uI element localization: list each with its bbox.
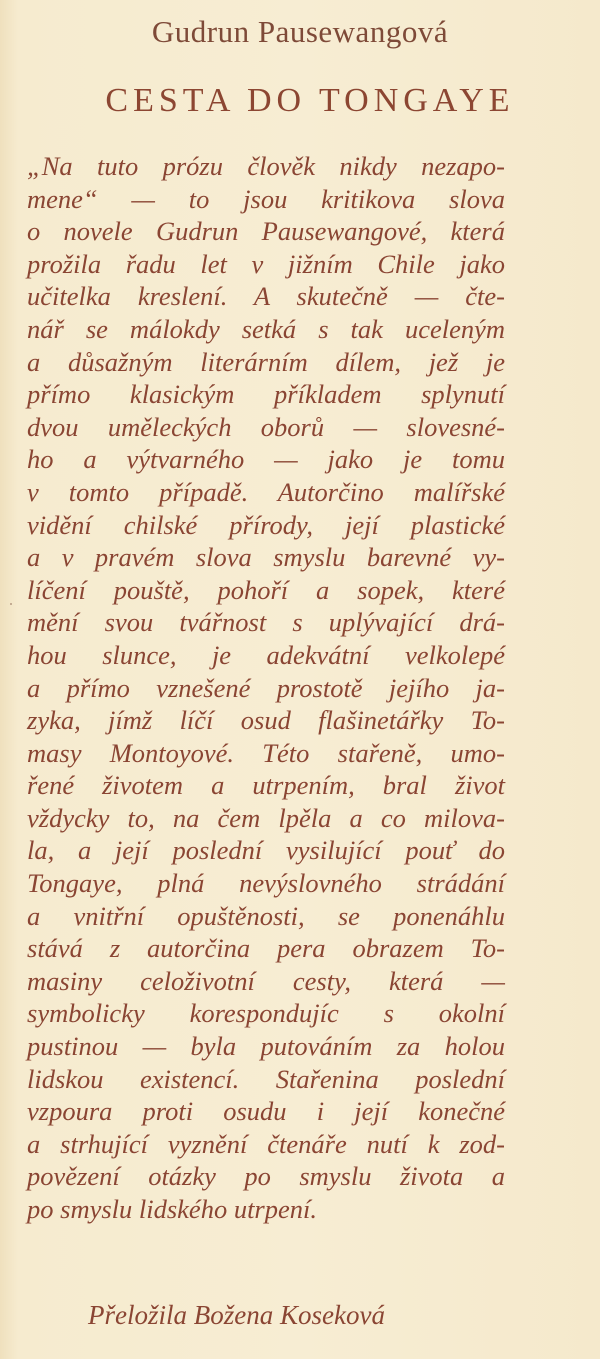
blurb-line: pustinou — byla putováním za holou [27,1030,505,1063]
blurb-text: „Na tuto prózu člověk nikdy nezapo- mene… [27,150,505,1226]
blurb-line: prožila řadu let v jižním Chile jako [27,248,505,281]
blurb-line: a přímo vznešené prostotě jejího ja- [27,672,505,705]
blurb-line: řené životem a utrpením, bral život [27,769,505,802]
blurb-line: zyka, jímž líčí osud flašinetářky To- [27,704,505,737]
blurb-line: mene“ — to jsou kritikova slova [27,183,505,216]
blurb-line: vzpoura proti osudu i její konečné [27,1095,505,1128]
blurb-line: a důsažným literárním dílem, jež je [27,346,505,379]
blurb-line: vidění chilské přírody, její plastické [27,509,505,542]
blurb-line: o novele Gudrun Pausewangové, která [27,215,505,248]
blurb-line: vždycky to, na čem lpěla a co milova- [27,802,505,835]
blurb-line: dvou uměleckých oborů — slovesné- [27,411,505,444]
author-name: Gudrun Pausewangová [0,14,600,50]
blurb-line: povězení otázky po smyslu života a [27,1160,505,1193]
blurb-line: a v pravém slova smyslu barevné vy- [27,541,505,574]
blurb-line: la, a její poslední vysilující pouť do [27,834,505,867]
blurb-line: „Na tuto prózu člověk nikdy nezapo- [27,150,505,183]
paper-speck [10,603,12,605]
blurb-line: hou slunce, je adekvátní velkolepé [27,639,505,672]
blurb-line: lidskou existencí. Stařenina poslední [27,1063,505,1096]
blurb-line: masy Montoyové. Této stařeně, umo- [27,737,505,770]
blurb-line: stává z autorčina pera obrazem To- [27,932,505,965]
blurb-line: symbolicky korespondujíc s okolní [27,997,505,1030]
blurb-line: mění svou tvářnost s uplývající drá- [27,606,505,639]
blurb-line: a vnitřní opuštěnosti, se ponenáhlu [27,900,505,933]
blurb-line: v tomto případě. Autorčino malířské [27,476,505,509]
blurb-line: masiny celoživotní cesty, která — [27,965,505,998]
blurb-line: učitelka kreslení. A skutečně — čte- [27,280,505,313]
blurb-line: přímo klasickým příkladem splynutí [27,378,505,411]
translator-credit: Přeložila Božena Koseková [88,1300,385,1331]
blurb-line: Tongaye, plná nevýslovného strádání [27,867,505,900]
blurb-line: nář se málokdy setká s tak uceleným [27,313,505,346]
blurb-line: a strhující vyznění čtenáře nutí k zod- [27,1128,505,1161]
blurb-line: líčení pouště, pohoří a sopek, které [27,574,505,607]
blurb-line: ho a výtvarného — jako je tomu [27,443,505,476]
blurb-line: po smyslu lidského utrpení. [27,1193,505,1226]
book-flap-page: Gudrun Pausewangová CESTA DO TONGAYE „Na… [0,0,600,1359]
book-title: CESTA DO TONGAYE [0,82,600,120]
